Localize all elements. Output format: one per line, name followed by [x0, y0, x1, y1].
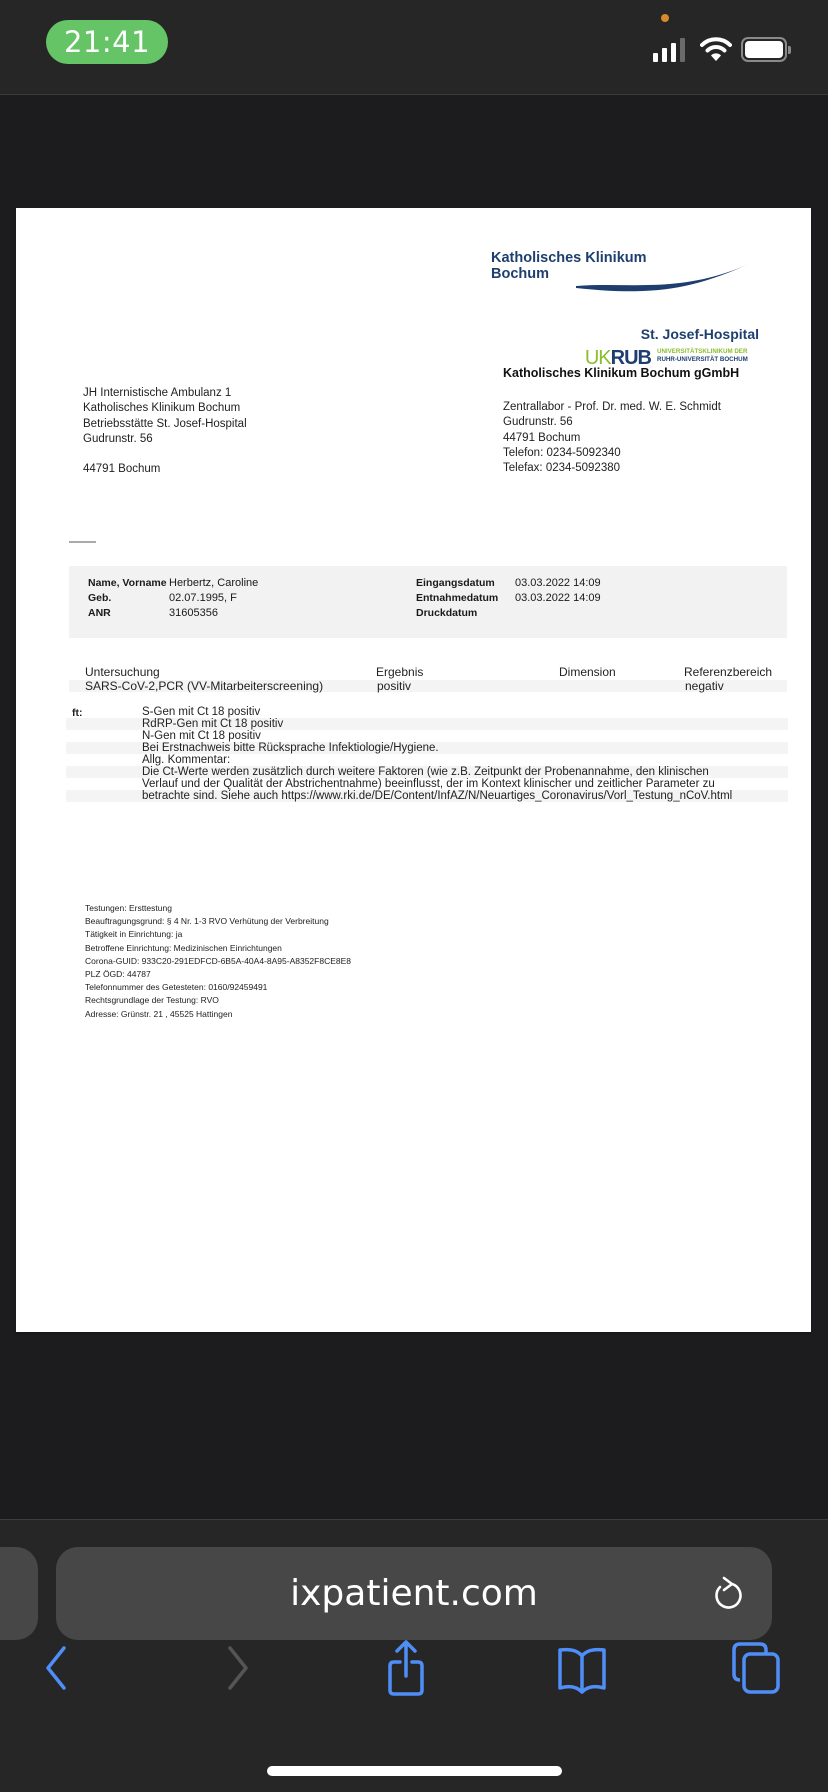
- logo-hospital: St. Josef-Hospital: [641, 326, 759, 342]
- anr-value: 31605356: [169, 606, 218, 621]
- pdf-page: Katholisches Klinikum Bochum St. Josef-H…: [16, 208, 811, 1332]
- result-test: SARS-CoV-2,PCR (VV-Mitarbeiterscreening): [85, 680, 323, 693]
- privacy-indicator-dot: [661, 14, 669, 22]
- printed-label: Druckdatum: [416, 606, 477, 621]
- reload-icon[interactable]: [710, 1575, 746, 1615]
- forward-icon[interactable]: [208, 1640, 264, 1696]
- table-row: SARS-CoV-2,PCR (VV-Mitarbeiterscreening)…: [69, 680, 787, 692]
- lab-address: Zentrallabor - Prof. Dr. med. W. E. Schm…: [503, 400, 721, 476]
- comment-line: Bei Erstnachweis bitte Rücksprache Infek…: [66, 742, 788, 754]
- comment-line: Verlauf und der Qualität der Abstrichent…: [66, 778, 788, 790]
- header-reference: Referenzbereich: [684, 666, 772, 679]
- comment-line: RdRP-Gen mit Ct 18 positiv: [66, 718, 788, 730]
- share-icon[interactable]: [380, 1640, 436, 1696]
- wifi-icon: [700, 36, 732, 62]
- fold-mark: [69, 541, 96, 543]
- cellular-signal-icon: [651, 38, 691, 62]
- dob-label: Geb.: [88, 591, 111, 606]
- logo-university: UNIVERSITÄTSKLINIKUM DER RUHR-UNIVERSITÄ…: [657, 348, 759, 364]
- sampled-value: 03.03.2022 14:09: [515, 591, 601, 606]
- result-reference: negativ: [685, 680, 724, 693]
- header-result: Ergebnis: [376, 666, 423, 679]
- bookmarks-icon[interactable]: [554, 1640, 610, 1696]
- sampled-label: Entnahmedatum: [416, 591, 498, 606]
- address-bar[interactable]: ixpatient.com: [56, 1547, 772, 1640]
- dob-value: 02.07.1995, F: [169, 591, 237, 606]
- status-bar: 21:41: [0, 0, 828, 95]
- received-value: 03.03.2022 14:09: [515, 576, 601, 591]
- received-label: Eingangsdatum: [416, 576, 495, 591]
- lab-organization: Katholisches Klinikum Bochum gGmbH: [503, 366, 739, 380]
- previous-tab-peek[interactable]: [0, 1547, 38, 1640]
- result-value: positiv: [377, 680, 411, 693]
- header-dimension: Dimension: [559, 666, 616, 679]
- comment-line: Allg. Kommentar:: [66, 754, 788, 766]
- header-test: Untersuchung: [85, 666, 160, 679]
- logo-swoosh-icon: [571, 260, 751, 300]
- comment-line: betrachte sind. Siehe auch https://www.r…: [66, 790, 788, 802]
- anr-label: ANR: [88, 606, 111, 621]
- battery-icon: [741, 37, 787, 62]
- home-indicator[interactable]: [267, 1766, 562, 1776]
- comment-line: S-Gen mit Ct 18 positiv: [66, 706, 788, 718]
- name-value: Herbertz, Caroline: [169, 576, 258, 591]
- comments-label: ft:: [72, 707, 83, 719]
- back-icon[interactable]: [30, 1640, 86, 1696]
- tabs-icon[interactable]: [728, 1640, 784, 1696]
- status-time[interactable]: 21:41: [46, 20, 168, 64]
- comment-line: N-Gen mit Ct 18 positiv: [66, 730, 788, 742]
- name-label: Name, Vorname: [88, 576, 167, 591]
- test-metadata: Testungen: Ersttestung Beauftragungsgrun…: [85, 902, 351, 1021]
- patient-info: Name, Vorname Herbertz, Caroline Geb. 02…: [69, 566, 787, 638]
- url-text[interactable]: ixpatient.com: [56, 1547, 772, 1640]
- comment-line: Die Ct-Werte werden zusätzlich durch wei…: [66, 766, 788, 778]
- hospital-logo: Katholisches Klinikum Bochum St. Josef-H…: [491, 230, 761, 350]
- sender-address: JH Internistische Ambulanz 1 Katholische…: [83, 386, 247, 478]
